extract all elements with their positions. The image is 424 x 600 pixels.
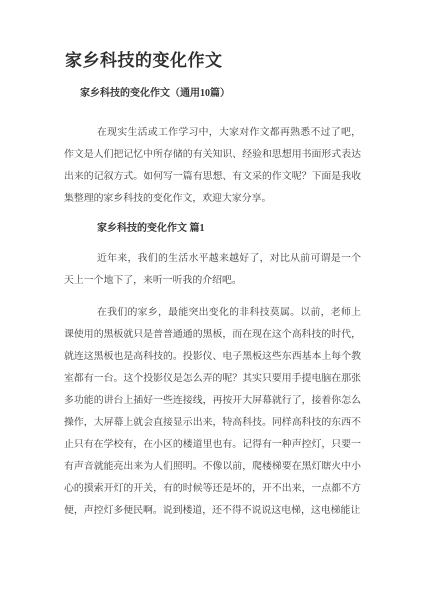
essay-paragraph: 近年来，我们的生活水平越来越好了，对比从前可谓是一个天上一个地下了，来听一听我的… xyxy=(64,248,361,292)
intro-paragraph: 在现实生活或工作学习中，大家对作文都再熟悉不过了吧，作文是人们把记忆中所存储的有… xyxy=(64,122,361,210)
document-title: 家乡科技的变化作文 xyxy=(65,50,361,72)
section-heading-part-1: 家乡科技的变化作文 篇1 xyxy=(97,218,361,240)
essay-paragraph: 在我们的家乡，最能突出变化的非科技莫属。以前，老师上课使用的黑板就只是普普通通的… xyxy=(64,302,361,522)
essay-document-page: 家乡科技的变化作文 家乡科技的变化作文（通用10篇） 在现实生活或工作学习中，大… xyxy=(0,0,424,600)
document-subtitle: 家乡科技的变化作文（通用10篇） xyxy=(80,88,361,100)
